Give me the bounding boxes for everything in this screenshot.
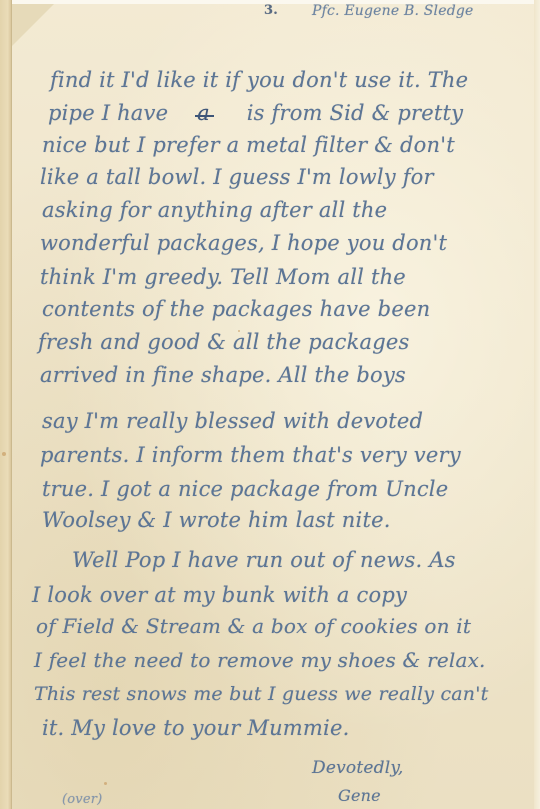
letter-line: contents of the packages have been bbox=[42, 297, 430, 321]
paper-right-edge bbox=[534, 0, 540, 809]
letter-line: find it I'd like it if you don't use it.… bbox=[50, 68, 468, 92]
page-number: 3. bbox=[264, 3, 278, 18]
paper-left-edge bbox=[0, 0, 11, 809]
sender-name: Pfc. Eugene B. Sledge bbox=[312, 3, 474, 19]
letter-line: true. I got a nice package from Uncle bbox=[42, 477, 448, 501]
letter-line: Well Pop I have run out of news. As bbox=[72, 548, 456, 572]
letter-line: asking for anything after all the bbox=[42, 198, 387, 222]
letter-line: like a tall bowl. I guess I'm lowly for bbox=[40, 165, 434, 189]
letter-text: is from Sid & pretty bbox=[247, 101, 463, 125]
letter-line: nice but I prefer a metal filter & don't bbox=[42, 133, 455, 157]
letter-signature: Gene bbox=[338, 786, 381, 805]
paper-fold-line bbox=[11, 0, 12, 809]
letter-line: fresh and good & all the packages bbox=[38, 330, 410, 354]
letter-line: Woolsey & I wrote him last nite. bbox=[42, 508, 391, 532]
letter-line: pipe I have a is from Sid & pretty bbox=[48, 101, 463, 125]
paper-stain bbox=[104, 782, 107, 785]
paper-corner-fold bbox=[12, 4, 54, 46]
letter-line: wonderful packages, I hope you don't bbox=[40, 231, 447, 255]
paper-stain bbox=[2, 452, 6, 456]
letter-closing: Devotedly, bbox=[312, 758, 404, 778]
letter-line: it. My love to your Mummie. bbox=[42, 716, 349, 740]
letter-line: say I'm really blessed with devoted bbox=[42, 409, 423, 433]
letter-line: arrived in fine shape. All the boys bbox=[40, 363, 406, 387]
letter-line: think I'm greedy. Tell Mom all the bbox=[40, 265, 406, 289]
letter-line: I feel the need to remove my shoes & rel… bbox=[34, 648, 486, 672]
letter-line: parents. I inform them that's very very bbox=[40, 443, 461, 467]
letter-line: This rest snows me but I guess we really… bbox=[34, 683, 489, 705]
over-note: (over) bbox=[62, 792, 102, 807]
letter-line: of Field & Stream & a box of cookies on … bbox=[36, 614, 471, 638]
letter-line: I look over at my bunk with a copy bbox=[32, 583, 407, 607]
letter-page: 3. Pfc. Eugene B. Sledge find it I'd lik… bbox=[0, 0, 540, 809]
struck-out-word: a bbox=[197, 101, 210, 125]
letter-text: pipe I have bbox=[48, 101, 168, 125]
